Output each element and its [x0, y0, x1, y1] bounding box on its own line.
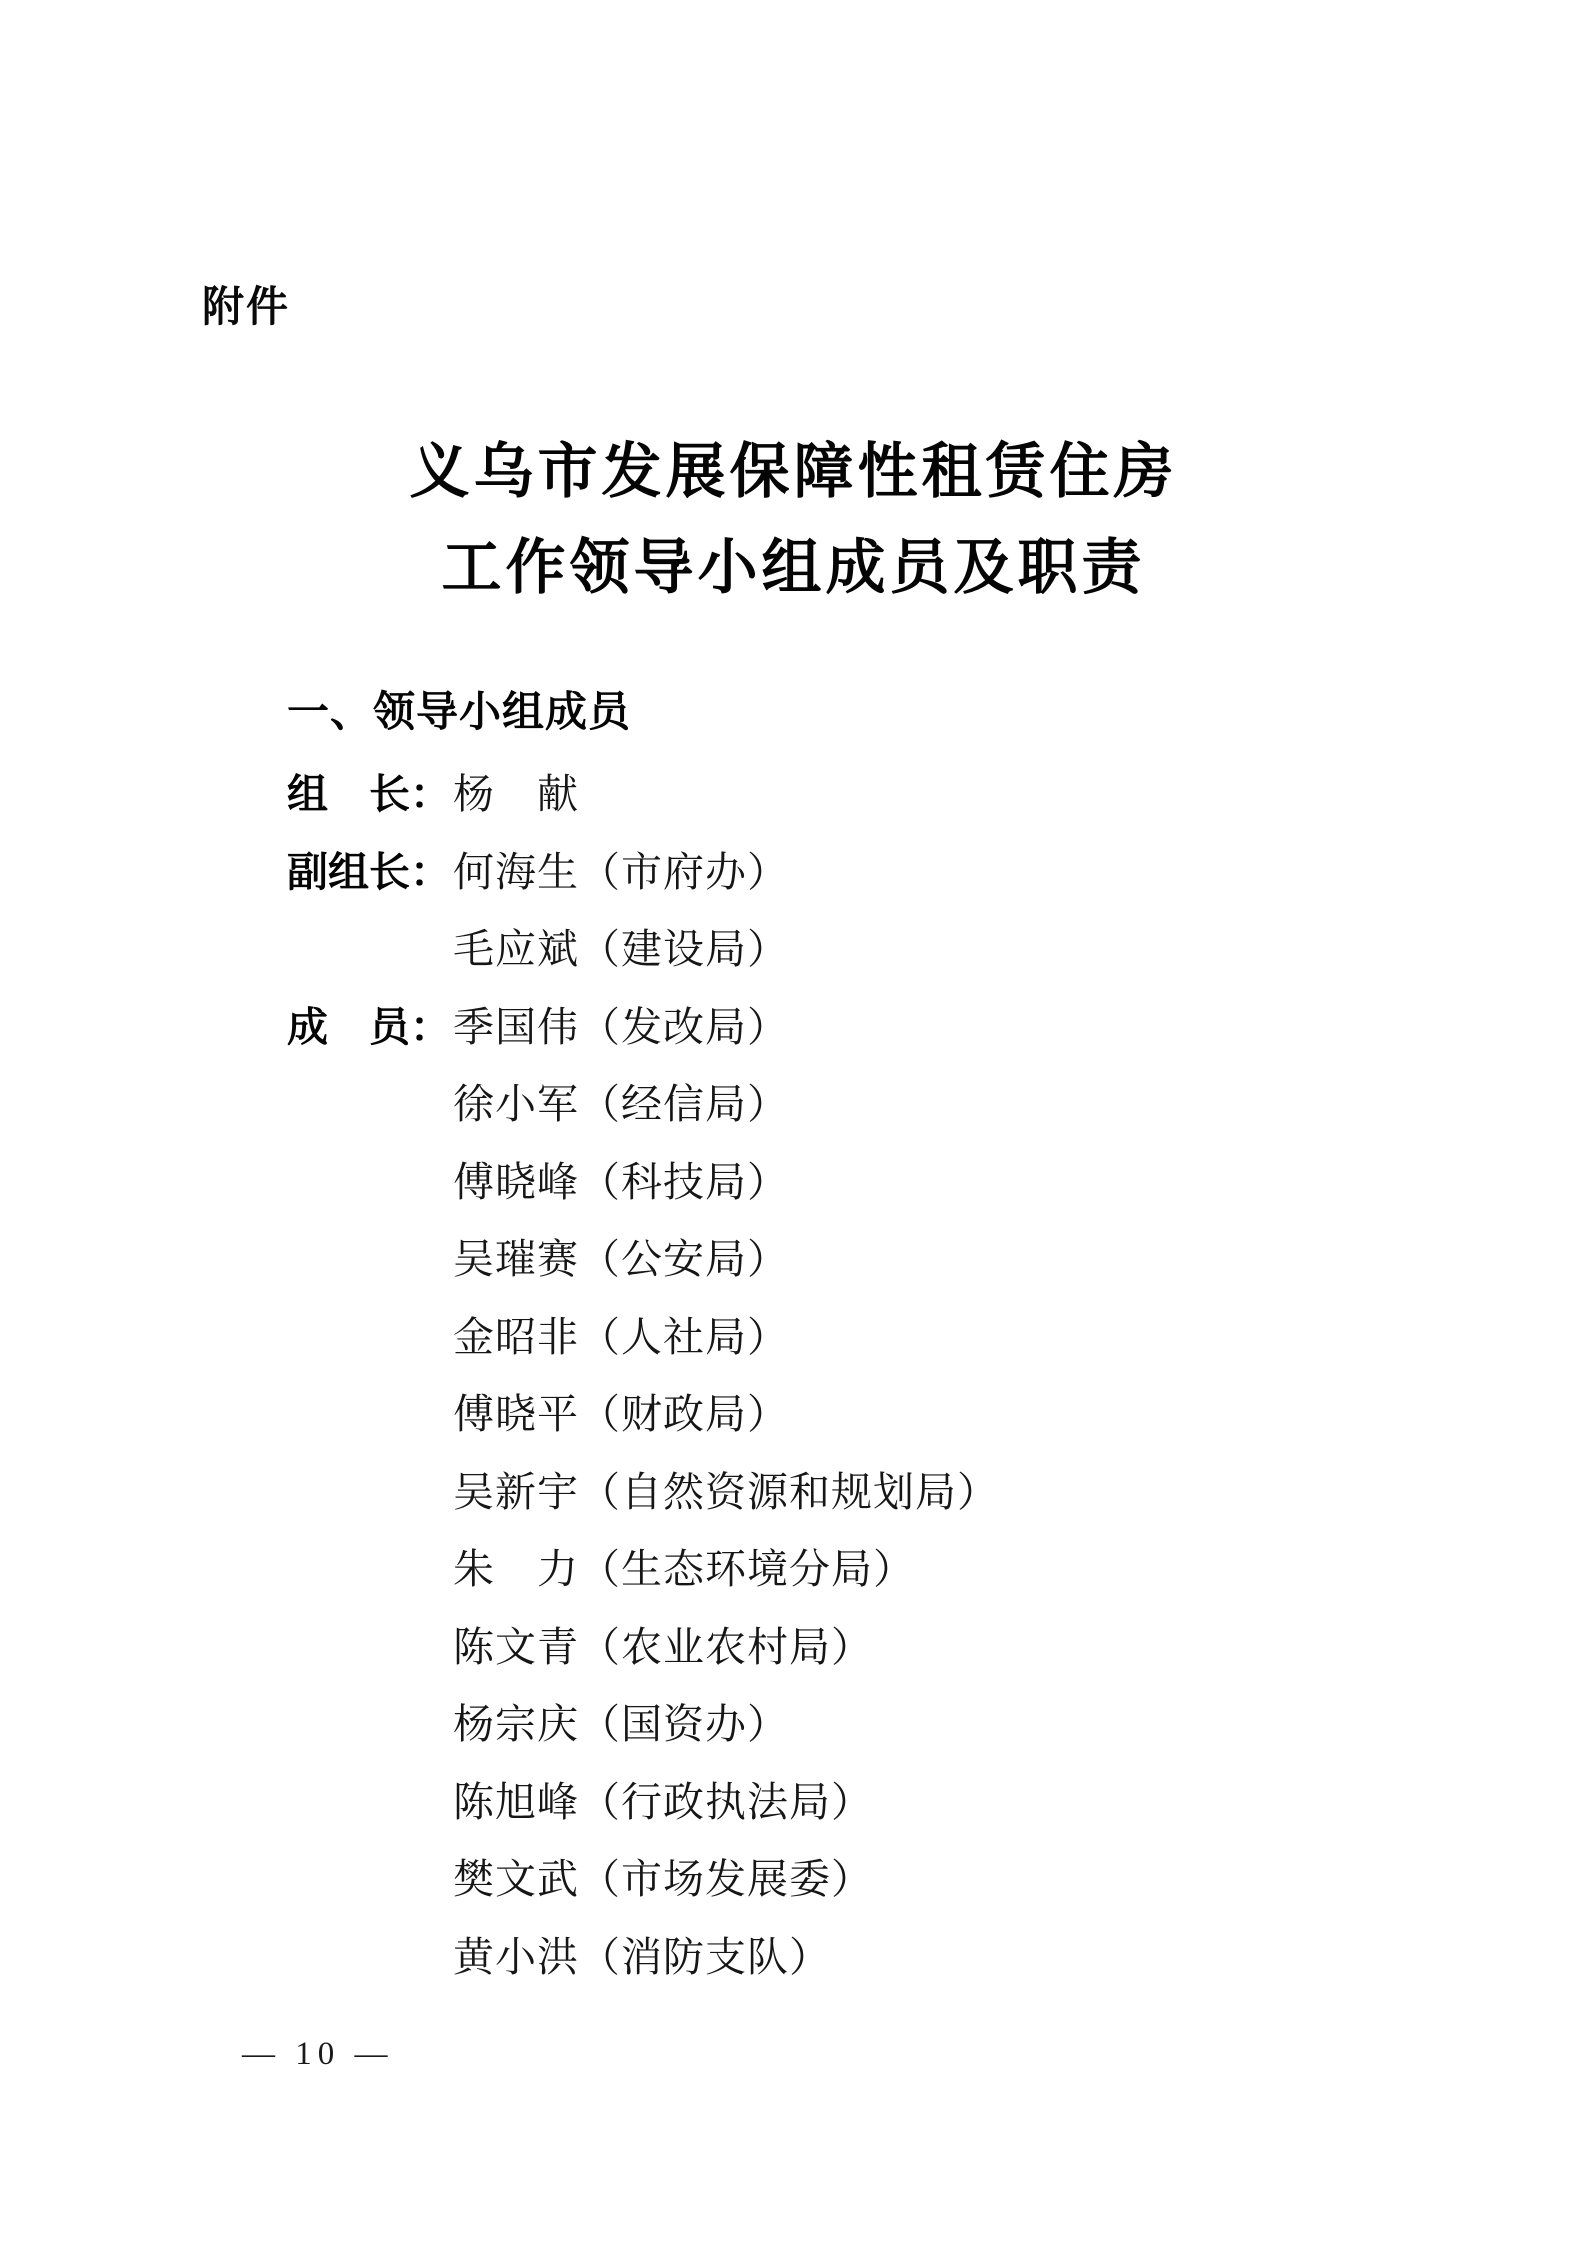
roster-role-label: 成 员：: [287, 989, 453, 1067]
roster-member-name: 金昭非（人社局）: [453, 1299, 789, 1377]
roster-row: 副组长： 何海生（市府办）: [287, 834, 1387, 912]
roster-member-name: 傅晓峰（科技局）: [453, 1144, 789, 1222]
document-title: 义乌市发展保障性租赁住房 工作领导小组成员及职责: [0, 424, 1587, 616]
roster-row: 吴新宇（自然资源和规划局）: [287, 1454, 1387, 1532]
roster-row: 金昭非（人社局）: [287, 1299, 1387, 1377]
roster-row: 樊文武（市场发展委）: [287, 1841, 1387, 1919]
roster-member-name: 吴新宇（自然资源和规划局）: [453, 1454, 999, 1532]
roster-row: 徐小军（经信局）: [287, 1066, 1387, 1144]
roster-member-name: 毛应斌（建设局）: [453, 911, 789, 989]
roster-role-label: 副组长：: [287, 834, 453, 912]
roster-member-name: 季国伟（发改局）: [453, 989, 789, 1067]
attachment-label: 附件: [202, 284, 290, 330]
roster-member-name: 陈旭峰（行政执法局）: [453, 1764, 873, 1842]
page-number: — 10 —: [242, 2036, 394, 2073]
section-heading-leading-group-members: 一、领导小组成员: [287, 688, 631, 736]
roster-row: 黄小洪（消防支队）: [287, 1919, 1387, 1997]
roster-row: 陈文青（农业农村局）: [287, 1609, 1387, 1687]
roster-member-name: 樊文武（市场发展委）: [453, 1841, 873, 1919]
document-title-line-1: 义乌市发展保障性租赁住房: [0, 424, 1587, 520]
roster-row: 傅晓峰（科技局）: [287, 1144, 1387, 1222]
leading-group-roster: 组 长： 杨 献 副组长： 何海生（市府办） 毛应斌（建设局） 成 员： 季国伟…: [287, 756, 1387, 1996]
roster-row: 陈旭峰（行政执法局）: [287, 1764, 1387, 1842]
roster-member-name: 黄小洪（消防支队）: [453, 1919, 831, 1997]
roster-row: 吴璀赛（公安局）: [287, 1221, 1387, 1299]
roster-member-name: 徐小军（经信局）: [453, 1066, 789, 1144]
roster-row: 朱 力（生态环境分局）: [287, 1531, 1387, 1609]
roster-member-name: 杨宗庆（国资办）: [453, 1686, 789, 1764]
roster-member-name: 何海生（市府办）: [453, 834, 789, 912]
roster-row: 组 长： 杨 献: [287, 756, 1387, 834]
roster-row: 杨宗庆（国资办）: [287, 1686, 1387, 1764]
roster-member-name: 吴璀赛（公安局）: [453, 1221, 789, 1299]
roster-role-label: 组 长：: [287, 756, 453, 834]
roster-row: 傅晓平（财政局）: [287, 1376, 1387, 1454]
roster-member-name: 傅晓平（财政局）: [453, 1376, 789, 1454]
roster-row: 毛应斌（建设局）: [287, 911, 1387, 989]
roster-row: 成 员： 季国伟（发改局）: [287, 989, 1387, 1067]
roster-member-name: 朱 力（生态环境分局）: [453, 1531, 915, 1609]
roster-member-name: 陈文青（农业农村局）: [453, 1609, 873, 1687]
document-page: 附件 义乌市发展保障性租赁住房 工作领导小组成员及职责 一、领导小组成员 组 长…: [0, 0, 1587, 2245]
roster-member-name: 杨 献: [453, 756, 579, 834]
document-title-line-2: 工作领导小组成员及职责: [0, 520, 1587, 616]
